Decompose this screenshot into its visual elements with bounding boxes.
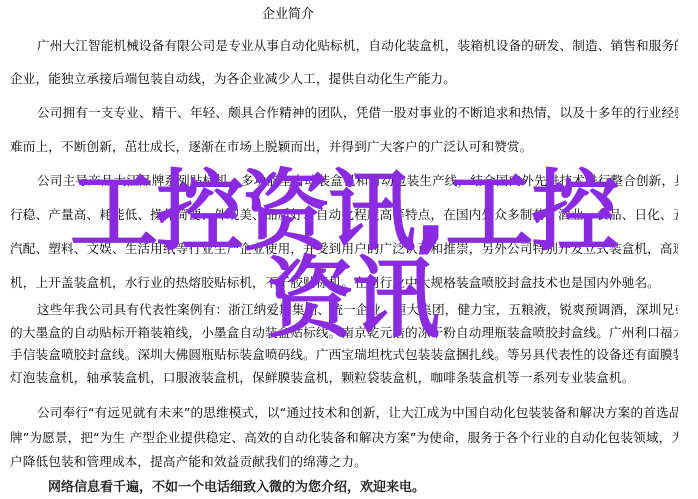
- paragraph-5-line-2: 牌”为愿景，把“为生 产型企业提供稳定、高效的自动化装备和解决方案”为使命，服务…: [10, 429, 678, 447]
- paragraph-4-line-1: 这些年我公司具有代表性案例有：浙江纳爱斯集团、统一企业、恒大集团，健力宝，五粮液…: [37, 301, 678, 319]
- paragraph-1-line-2: 企业，能独立承接后端包装自动线，为各企业减少人工，提供自动化生产能力。: [10, 70, 678, 88]
- paragraph-4-line-2: 的大墨盒的自动贴标开箱装箱线，小墨盒自动装盒贴标线。南京乾元浩的冻干粉自动理瓶装…: [10, 324, 678, 342]
- paragraph-3-line-2: 行稳、产量高、耗能低、操作简便、外观美、品质好、自动化程度高等特点，在国内外众多…: [10, 206, 678, 224]
- paragraph-3-line-4: 机，上开盖装盒机，水行业的热熔胶贴标机，不干胶贴标机。在同行业中大规格装盒喷胶封…: [10, 274, 678, 292]
- paragraph-3-line-3: 汽配、塑料、文娱、生活用纸等行业生产企业使用，并受到用户的广泛认可和推崇，另外公…: [10, 240, 678, 258]
- paragraph-4-line-4: 灯泡装盒机，轴承装盒机，口服液装盒机，保鲜膜装盒机，颗粒袋装盒机，咖啡条装盒机等…: [10, 369, 678, 387]
- paragraph-5-line-3: 户降低包装和管理成本，提高产能和效益贡献我们的绵薄之力。: [10, 453, 678, 471]
- document-title: 企业简介: [0, 6, 576, 24]
- paragraph-2-line-2: 难而上，不断创新，茁壮成长，逐渐在市场上脱颖而出，并得到广大客户的广泛认可和赞赏…: [10, 138, 678, 156]
- paragraph-1-line-1: 广州大江智能机械设备有限公司是专业从事自动化贴标机，自动化装盒机，装箱机设备的研…: [37, 37, 678, 55]
- company-profile-document: 企业简介 广州大江智能机械设备有限公司是专业从事自动化贴标机，自动化装盒机，装箱…: [0, 0, 698, 499]
- paragraph-3-line-1: 公司主导产品大江品牌系列贴标机，多功能全自动装盒机和自动包装生产线，结合国内外先…: [37, 172, 678, 190]
- paragraph-5-line-1: 公司奉行“有远见就有未来”的思维模式，以“通过技术和创新，让大江成为中国自动化包…: [37, 404, 678, 422]
- paragraph-2-line-1: 公司拥有一支专业、精干、年轻、颇具合作精神的团队，凭借一股对事业的不断追求和热情…: [37, 104, 678, 122]
- paragraph-4-line-3: 手信装盒喷胶封盒线。深圳大佛圆瓶贴标装盒喷码线。广西宝瑞坦枕式包装装盒捆扎线。等…: [10, 346, 678, 364]
- closing-call-to-action: 网络信息看千遍，不如一个电话细致入微的为您介绍，欢迎来电。: [48, 479, 688, 497]
